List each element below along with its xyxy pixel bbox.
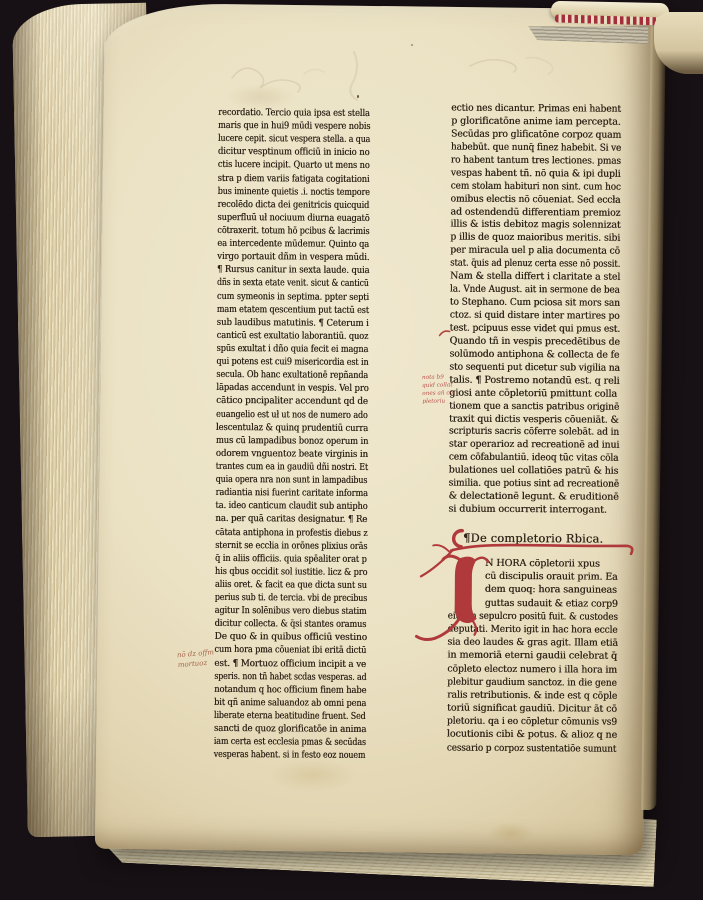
rubric-tick-icon — [439, 328, 451, 338]
text-column-right-upper: ectio nes dicantur. Primas eni habentp g… — [448, 103, 621, 518]
incunabulum-photo: recordatio. Tercio quia ipsa est stellam… — [0, 0, 703, 900]
gutter-margin-note: nota b9quid collatones añ copletoriu — [422, 374, 467, 406]
text-column-left: recordatio. Tercio quia ipsa est stellam… — [214, 106, 371, 763]
printed-text-layer: recordatio. Tercio quia ipsa est stellam… — [0, 0, 703, 900]
drop-cap-initial — [412, 550, 489, 647]
